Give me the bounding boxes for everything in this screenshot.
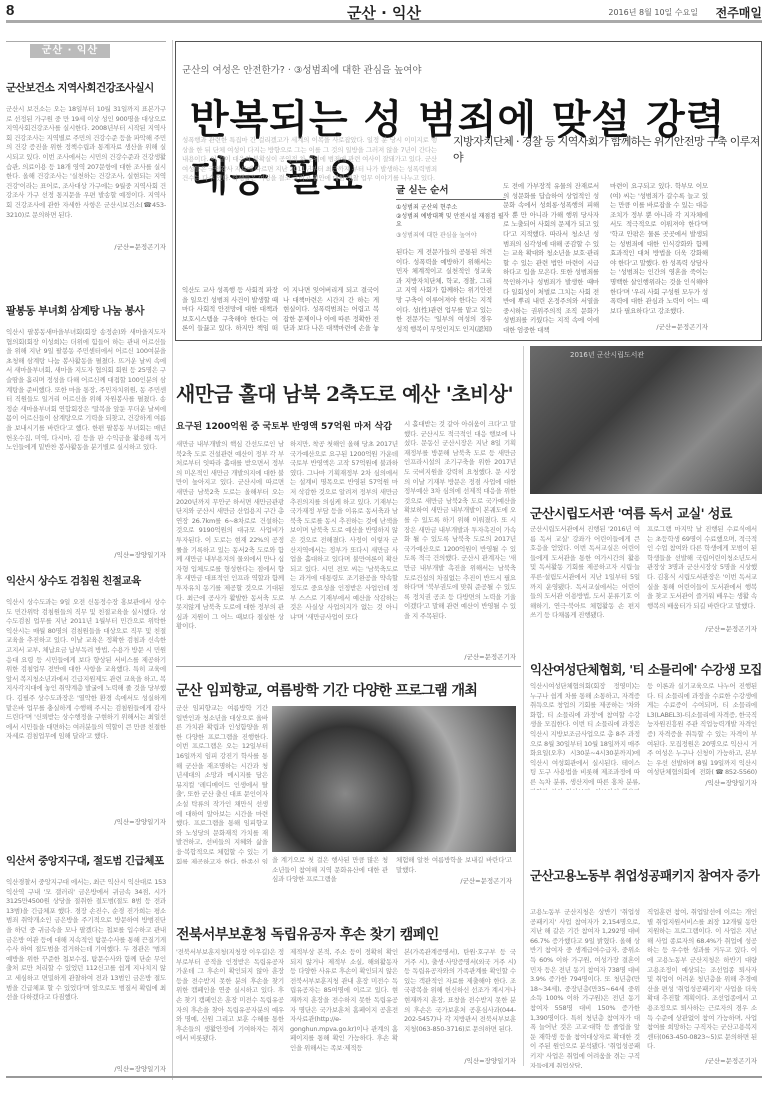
toc-title: 글 싣는 순서 [396, 182, 506, 200]
column-divider [172, 40, 173, 1080]
sidebar-article-1: 군산보건소 지역사회건강조사실시 군산시 보건소는 오는 18일부터 10월 3… [6, 80, 166, 251]
feature-subhead: 지방자치단체 · 경찰 등 지역사회가 함께하는 위기안전망 구축 이루져야 [453, 133, 768, 165]
womens-column-2: 등 이론과 실기교육으로 나누어 진행된다. 티 소믈리에 과정을 수료한 수강… [647, 682, 757, 778]
sidebar-article-2: 팔봉동 부녀회 삼계탕 나눔 봉사 익산시 팔봉동새마을부녀회(회장 송정순)와… [6, 303, 166, 559]
saemangeum-byline: /군산=문정곤기자 [404, 652, 516, 661]
library-photo: 2016년 군산시립도서관 [530, 346, 762, 494]
bohun-byline: /익산=장양일기자 [404, 1056, 516, 1065]
column-divider [523, 346, 524, 1066]
imphi-photo [272, 706, 516, 852]
article-body: 익산시 팔봉동새마을부녀회(회장 송정순)와 새마을지도자협의회(회장 이성희)… [6, 328, 166, 546]
toc-item: ②성범죄 예방대책 및 안전시설 재점검 필요 [396, 213, 506, 230]
feature-column-4: 도 전에 가부장적 유물의 잔재로서의 성문화를 답습하여 상업적인 성문화 속… [503, 182, 599, 334]
saemangeum-column-2: 하지만, 착공 첫해인 올해 당초 2017년 국가예산으로 요구된 1200억… [290, 440, 398, 658]
bohun-column-1: '전북서부보훈지청(지청장 이우길)은 정부로부터 공적을 인정받은 독립유공자… [176, 948, 284, 1066]
womens-headline: 익산여성단체협회, '티 소믈리에' 수강생 모집 [530, 660, 762, 678]
article-title: 팔봉동 부녀회 삼계탕 나눔 봉사 [6, 303, 166, 318]
imphi-headline: 군산 임피향교, 여름방학 기간 다양한 프로그램 개최 [176, 680, 477, 700]
article-byline: /군산=문정곤기자 [6, 242, 166, 251]
bohun-headline: 전북서부보훈청 독립유공자 후손 찾기 캠페인 [176, 924, 439, 944]
labor-column-2: 직업훈련 참여, 취업알선에 이르는 개인별 취업지원서비스를 최장 12개월 … [647, 908, 757, 1054]
feature-column-2: 이 지나면 잊어버리게 되고 결국이 나 대책마련은 시간지 간 하는 게 현실… [283, 286, 379, 334]
sidebar-article-4: 익산서 중앙지구대, 절도범 긴급체포 익산경찰서 중앙지구대 에서는, 최근 … [6, 853, 166, 1073]
article-title: 익산서 중앙지구대, 절도범 긴급체포 [6, 853, 166, 868]
imphi-column: 군산 임피향교는 여름방학 기간 일반인과 청소년을 대상으로 올바른 가치관 … [176, 704, 268, 864]
issue-date: 2016년 8월 10일 수요일 [608, 7, 698, 18]
labor-headline: 군산고용노동부 취업성공패키지 참여자 증가 [530, 866, 759, 884]
bohun-column-3: 본(가족관계증명서), 탄원·호구부 등 국 거주 시), 출생·사망증명서(외… [404, 948, 516, 1054]
newspaper-brand: 전주매일 [716, 4, 762, 21]
toc-item: ①성범죄 군산의 현주소 [396, 204, 506, 213]
sidebar-article-3: 익산시 상수도 검침원 친절교육 익산시 상수도과는 9일 오전 신동정수장 홍… [6, 573, 166, 826]
article-byline: /익산=장양일기자 [6, 1064, 166, 1073]
header-rule [6, 20, 762, 23]
article-title: 군산보건소 지역사회건강조사실시 [6, 80, 166, 95]
imphi-byline: /군산=문정곤기자 [396, 876, 512, 885]
saemangeum-headline: 새만금 홀대 남북 2축도로 예산 '초비상' [176, 378, 513, 407]
article-byline: /익산=장양일기자 [6, 817, 166, 826]
article-body: 익산시 상수도과는 9일 오전 신동정수장 홍보관에서 상수도 민간위탁 검침원… [6, 598, 166, 813]
saemangeum-column-1: 새만금 내부개발의 핵심 간선도로인 남북2축 도로 건설관련 예산이 정부 각… [176, 440, 284, 658]
feature-column-5: 마련이 요구되고 있다. 학부모 이모(여) 씨는 '성범죄가 갈수록 늘고 있… [610, 182, 708, 317]
bohun-column-2: 제적부상 본적, 주소 등이 정확히 확인되지 않거나 제적부 소실, 해외활동… [290, 948, 398, 1066]
section-divider [176, 666, 521, 667]
article-title: 익산시 상수도 검침원 친절교육 [6, 573, 166, 588]
feature-byline: /군산=문정곤기자 [610, 322, 708, 331]
library-byline: /군산=문정곤기자 [647, 624, 757, 633]
footer-rule [6, 1076, 762, 1078]
toc-item: ③성범죄에 대한 관심을 높여야 [396, 232, 506, 241]
library-column-1: 군산시립도서관에서 진행된 '2016년 여름 독서 교실' 강좌가 어린이들에… [530, 525, 640, 633]
womens-byline: /익산=장양일기자 [647, 778, 757, 787]
womens-column-1: 익산시여성단체협의회(회장 정영미)는 누구나 쉽게 차를 통해 소통하고, 자… [530, 682, 640, 790]
section-logo: 군산 · 익산 [30, 44, 110, 58]
saemangeum-subhead: 요구된 1200억원 중 국토부 반영액 57억원 마저 삭감 [176, 419, 392, 432]
article-byline: /익산=장양일기자 [6, 550, 166, 559]
feature-column-1: 익산도 교사 성폭행 등 사회적 파장을 일으킨 성범죄 사건이 발생할 때마다… [182, 286, 278, 334]
photo-banner-text: 2016년 군산시립도서관 [570, 350, 644, 360]
article-body: 익산경찰서 중앙지구대 에서는, 최근 익산시 익산대로 153 익산역 구내 … [6, 878, 166, 1060]
feature-kicker: 군산의 여성은 안전한가? · ③성범죄에 대한 관심을 높여야 [182, 62, 422, 76]
sidebar-top-rule [6, 41, 166, 42]
feature-column-3: 된다는 게 전문가들의 공통된 의견이다. 성폭력을 예방하기 위해서는 민자 … [396, 248, 492, 334]
imphi-column-3: 체험해 알찬 여름방학을 보내길 바란다'고 말했다. [396, 856, 512, 876]
saemangeum-column-3: 시 홀대받는 것 같아 아쉬움이 크다'고 말했다. 군산시도 적극적인 대응 … [404, 420, 516, 648]
labor-byline: /군산=문정곤기자 [647, 1056, 757, 1065]
imphi-column-2: 을 계기으로 첫 걸은 행사된 만큼 많은 청소년들이 참여해 지역 문화유산에… [272, 856, 388, 886]
toc-box: 글 싣는 순서 ①성범죄 군산의 현주소 ②성범죄 예방대책 및 안전시설 재점… [396, 182, 506, 240]
article-body: 군산시 보건소는 오는 18일부터 10월 31일까지 표본가구로 선정된 가구… [6, 105, 166, 238]
labor-column-1: 고용노동부 군산지청은 상반기 '취업성공패키지' 사업 참여자가 2,154명… [530, 908, 640, 1068]
library-column-2: 프로그램 마지막 날 진행된 수료식에서는 초등학생 69명이 수료했으며, 적… [647, 525, 757, 621]
library-headline: 군산시립도서관 '여름 독서 교실' 성료 [530, 503, 732, 522]
